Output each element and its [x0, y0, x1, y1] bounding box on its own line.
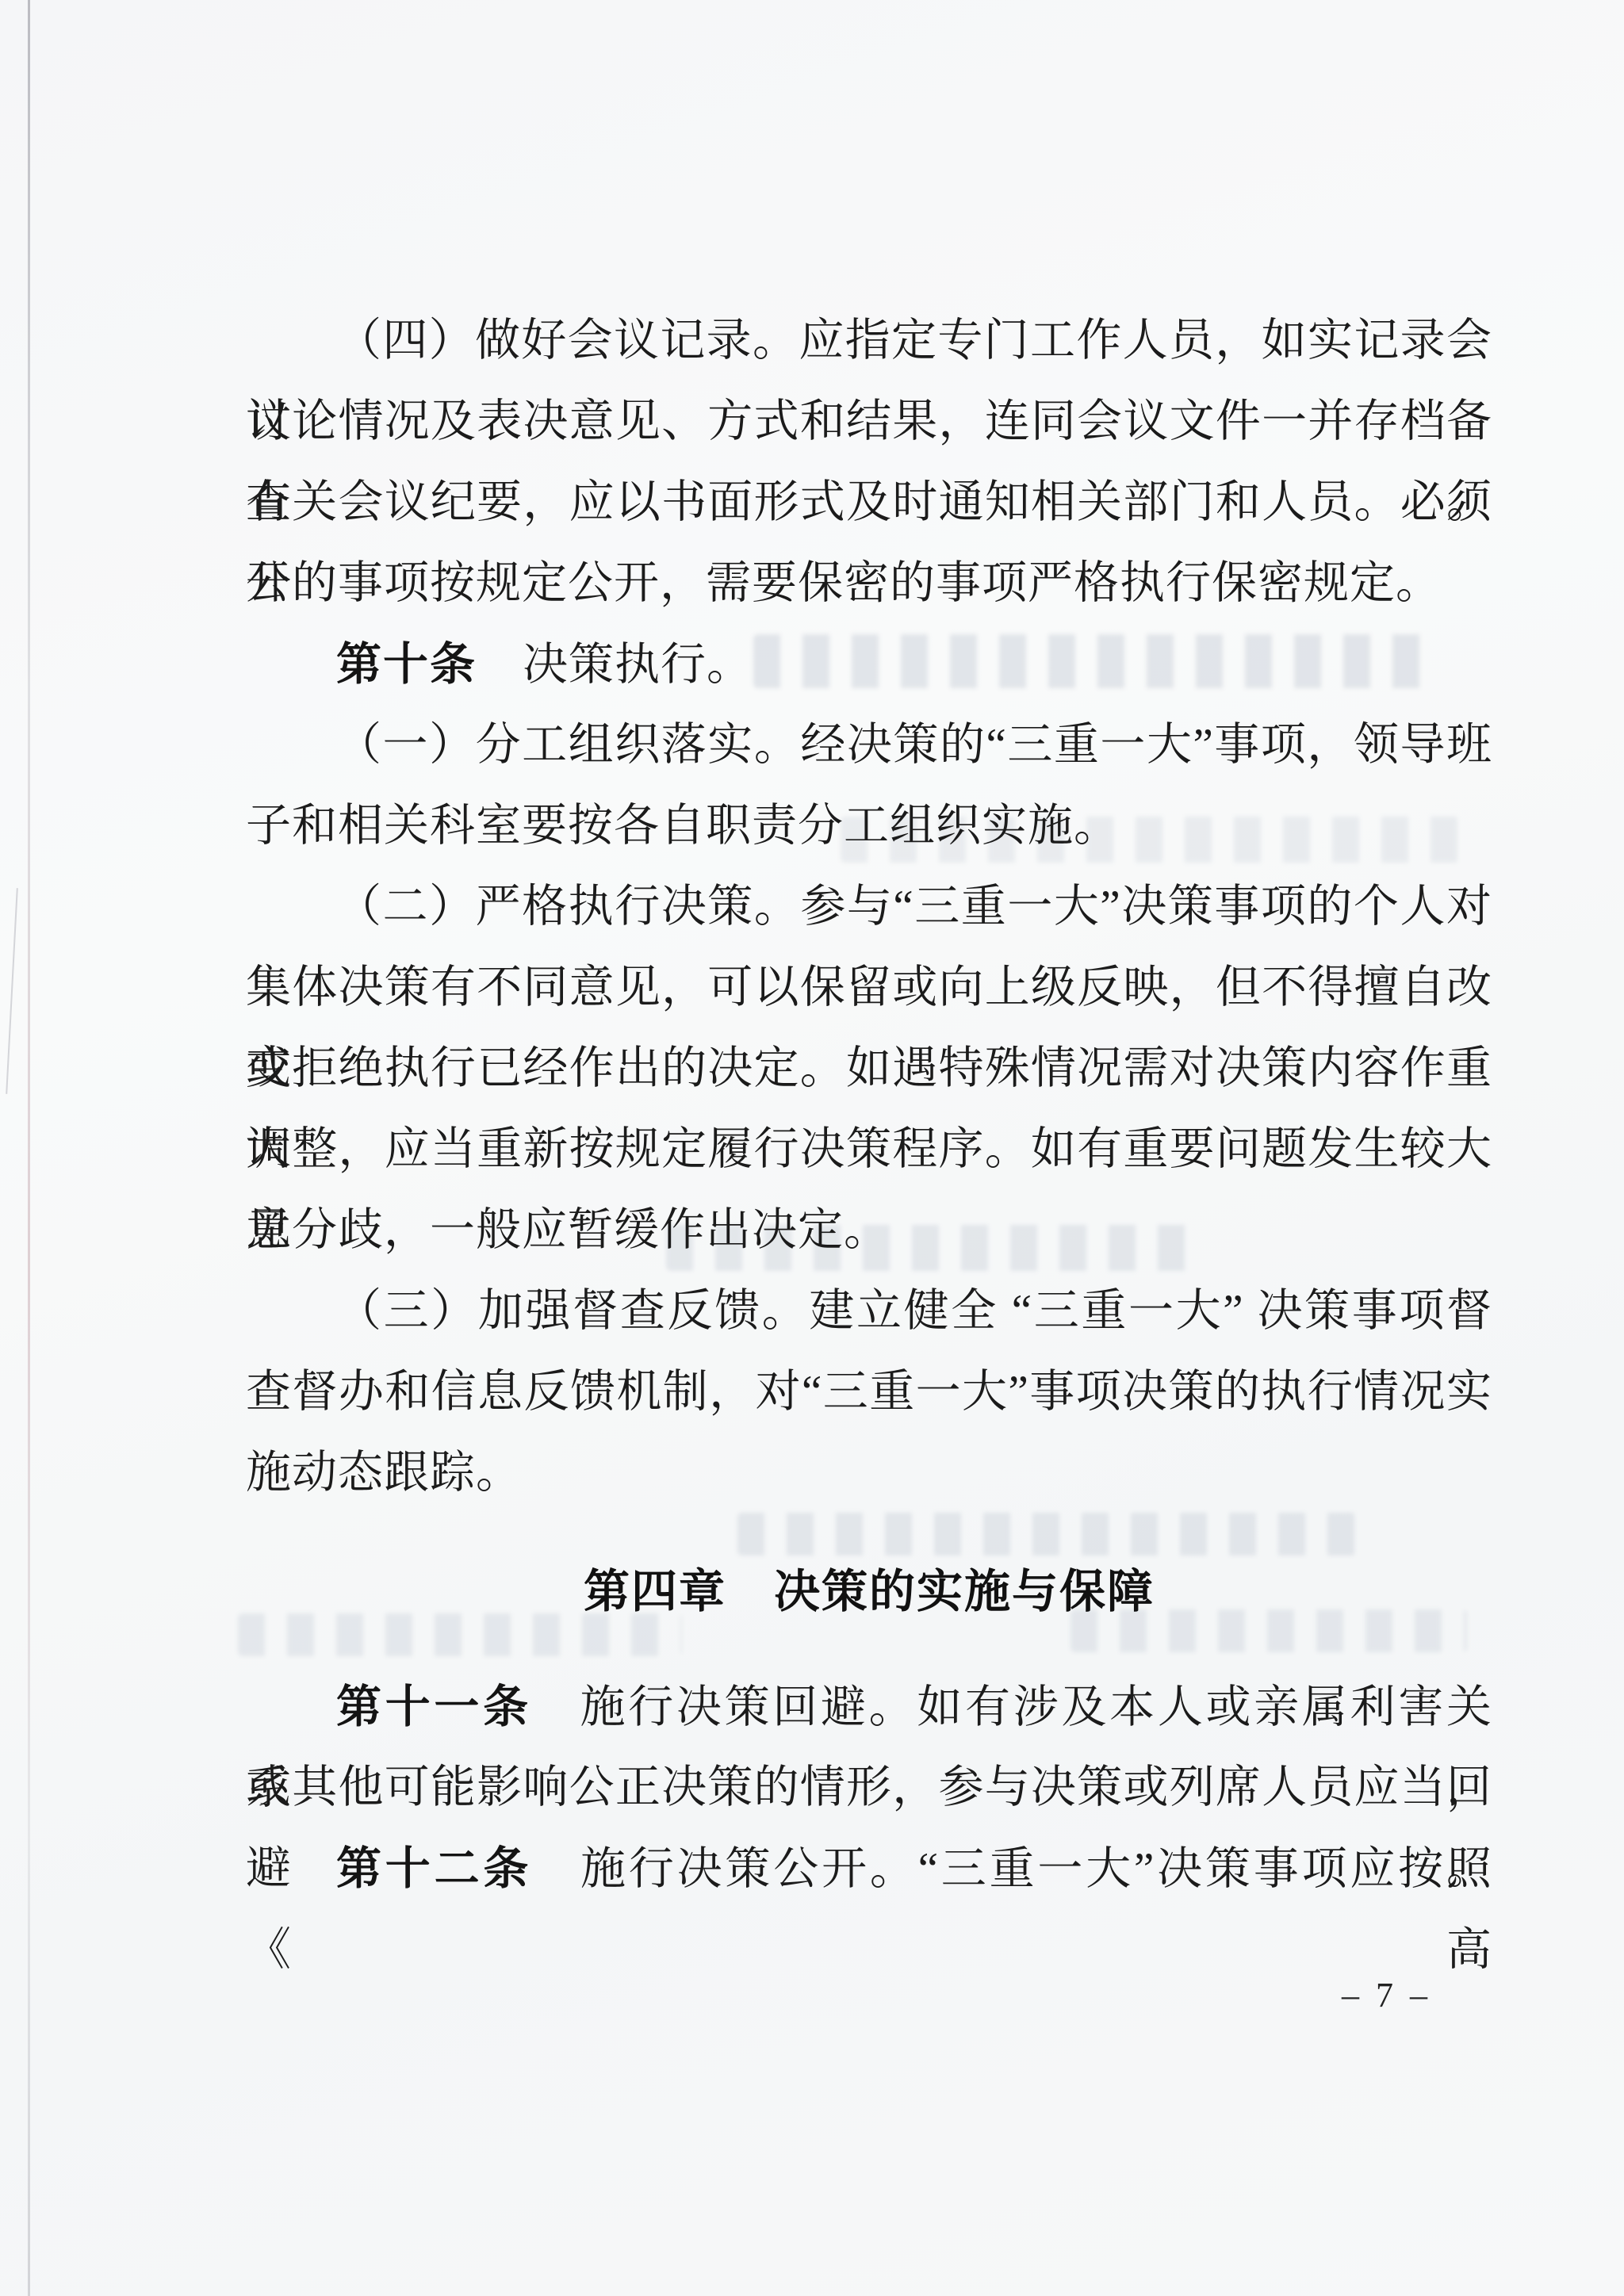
article-10-label: 第十条 — [336, 639, 477, 690]
text-line: 子和相关科室要按各自职责分工组织实施。 — [246, 786, 1492, 867]
text-line: 开的事项按规定公开，需要保密的事项严格执行保密规定。 — [246, 543, 1492, 624]
article-10-line: 第十条 决策执行。 — [246, 624, 1492, 705]
text-line: 查督办和信息反馈机制，对“三重一大”事项决策的执行情况实 — [246, 1352, 1492, 1433]
scanned-document-page: （四）做好会议记录。应指定专门工作人员，如实记录会议 讨论情况及表决意见、方式和… — [0, 0, 1624, 2296]
scan-fold-line — [28, 0, 30, 2296]
text-line: 或拒绝执行已经作出的决定。如遇特殊情况需对决策内容作重大 — [246, 1028, 1492, 1109]
page-number: – 7 – — [1342, 1968, 1431, 2023]
document-body: （四）做好会议记录。应指定专门工作人员，如实记录会议 讨论情况及表决意见、方式和… — [246, 300, 1492, 1909]
article-12-line: 第十二条 施行决策公开。“三重一大”决策事项应按照《高 — [246, 1828, 1492, 1909]
text-line: （四）做好会议记录。应指定专门工作人员，如实记录会议 — [246, 300, 1492, 381]
article-11-line: 第十一条 施行决策回避。如有涉及本人或亲属利害关系， — [246, 1667, 1492, 1747]
article-10-text: 决策执行。 — [477, 640, 753, 690]
text-line: 见分歧，一般应暂缓作出决定。 — [246, 1190, 1492, 1271]
chapter-heading: 第四章 决策的实施与保障 — [246, 1552, 1492, 1632]
text-line: 或其他可能影响公正决策的情形，参与决策或列席人员应当回避。 — [246, 1747, 1492, 1828]
text-line: （二）严格执行决策。参与“三重一大”决策事项的个人对 — [246, 867, 1492, 947]
scan-scratch-mark — [6, 888, 18, 1094]
text-line: 施动态跟踪。 — [246, 1433, 1492, 1513]
text-line: 调整，应当重新按规定履行决策程序。如有重要问题发生较大意 — [246, 1109, 1492, 1190]
text-line: （一）分工组织落实。经决策的“三重一大”事项，领导班 — [246, 705, 1492, 786]
text-line: （三）加强督查反馈。建立健全 “三重一大” 决策事项督 — [246, 1271, 1492, 1352]
text-line: 有关会议纪要，应以书面形式及时通知相关部门和人员。必须公 — [246, 462, 1492, 543]
article-11-label: 第十一条 — [336, 1682, 532, 1732]
text-line: 讨论情况及表决意见、方式和结果，连同会议文件一并存档备查。 — [246, 381, 1492, 462]
article-12-label: 第十二条 — [336, 1843, 532, 1894]
text-line: 集体决策有不同意见，可以保留或向上级反映，但不得擅自改变 — [246, 947, 1492, 1028]
